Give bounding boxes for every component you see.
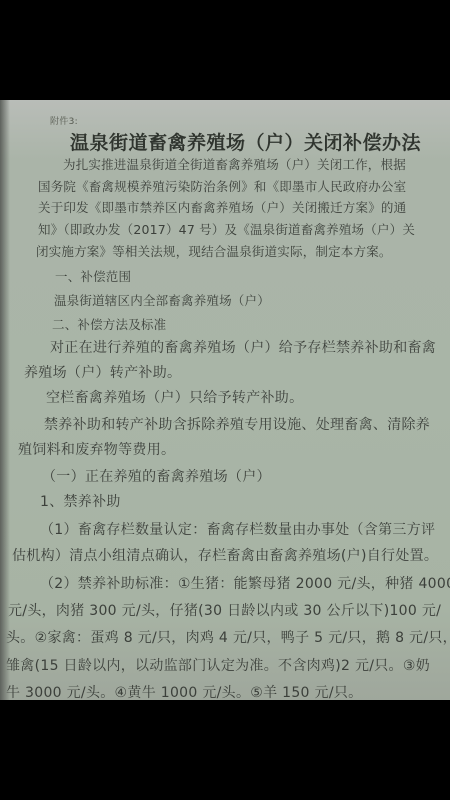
intro-line: 闭实施方案》等相关法规，现结合温泉街道实际，制定本方案。 — [36, 242, 392, 260]
item1-heading: 1、禁养补助 — [40, 491, 121, 511]
item1-1-line: 估机构）清点小组清点确认，存栏畜禽由畜禽养殖场(户)自行处置。 — [12, 545, 438, 565]
item1-2-line: 头。②家禽：蛋鸡 8 元/只，肉鸡 4 元/只，鸭子 5 元/只，鹅 8 元/只… — [6, 627, 450, 647]
document-title: 温泉街道畜禽养殖场（户）关闭补偿办法 — [70, 128, 421, 155]
section2-line: 空栏畜禽养殖场（户）只给予转产补助。 — [46, 387, 303, 407]
section2-heading: 二、补偿方法及标准 — [52, 315, 166, 333]
intro-line: 知》（即政办发（2017）47 号）及《温泉街道畜禽养殖场（户）关 — [38, 220, 415, 238]
item1-1-line: （1）畜禽存栏数量认定：畜禽存栏数量由办事处（含第三方评 — [40, 519, 435, 539]
section2-line: 殖饲料和废弃物等费用。 — [18, 439, 175, 459]
intro-line: 关于印发《即墨市禁养区内畜禽养殖场（户）关闭搬迁方案》的通 — [38, 198, 406, 216]
document-photo: 附件3: 温泉街道畜禽养殖场（户）关闭补偿办法 为扎实推进温泉街道全街道畜禽养殖… — [0, 100, 450, 700]
document-page: 附件3: 温泉街道畜禽养殖场（户）关闭补偿办法 为扎实推进温泉街道全街道畜禽养殖… — [0, 100, 450, 700]
section2-line: 对正在进行养殖的畜禽养殖场（户）给予存栏禁养补助和畜禽 — [50, 337, 436, 357]
item1-2-line: 元/头，肉猪 300 元/头，仔猪(30 日龄以内或 30 公斤以下)100 元… — [8, 600, 441, 620]
item1-2-line: 牛 3000 元/头。④黄牛 1000 元/头。⑤羊 150 元/只。 — [6, 682, 362, 700]
section1-body: 温泉街道辖区内全部畜禽养殖场（户） — [54, 291, 270, 309]
section2-line: 禁养补助和转产补助含拆除养殖专用设施、处理畜禽、清除养 — [44, 414, 430, 434]
intro-line: 国务院《畜禽规模养殖污染防治条例》和《即墨市人民政府办公室 — [38, 177, 406, 195]
section2-line: 养殖场（户）转产补助。 — [24, 362, 181, 382]
intro-line: 为扎实推进温泉街道全街道畜禽养殖场（户）关闭工作，根据 — [63, 155, 406, 173]
section1-heading: 一、补偿范围 — [55, 267, 131, 285]
subsection1-heading: （一）正在养殖的畜禽养殖场（户） — [42, 466, 271, 486]
item1-2-line: （2）禁养补助标准：①生猪：能繁母猪 2000 元/头，种猪 4000 — [40, 573, 450, 593]
attachment-label: 附件3: — [50, 114, 78, 127]
item1-2-line: 雏禽(15 日龄以内，以动监部门认定为准。不含肉鸡)2 元/只。③奶 — [6, 655, 430, 675]
